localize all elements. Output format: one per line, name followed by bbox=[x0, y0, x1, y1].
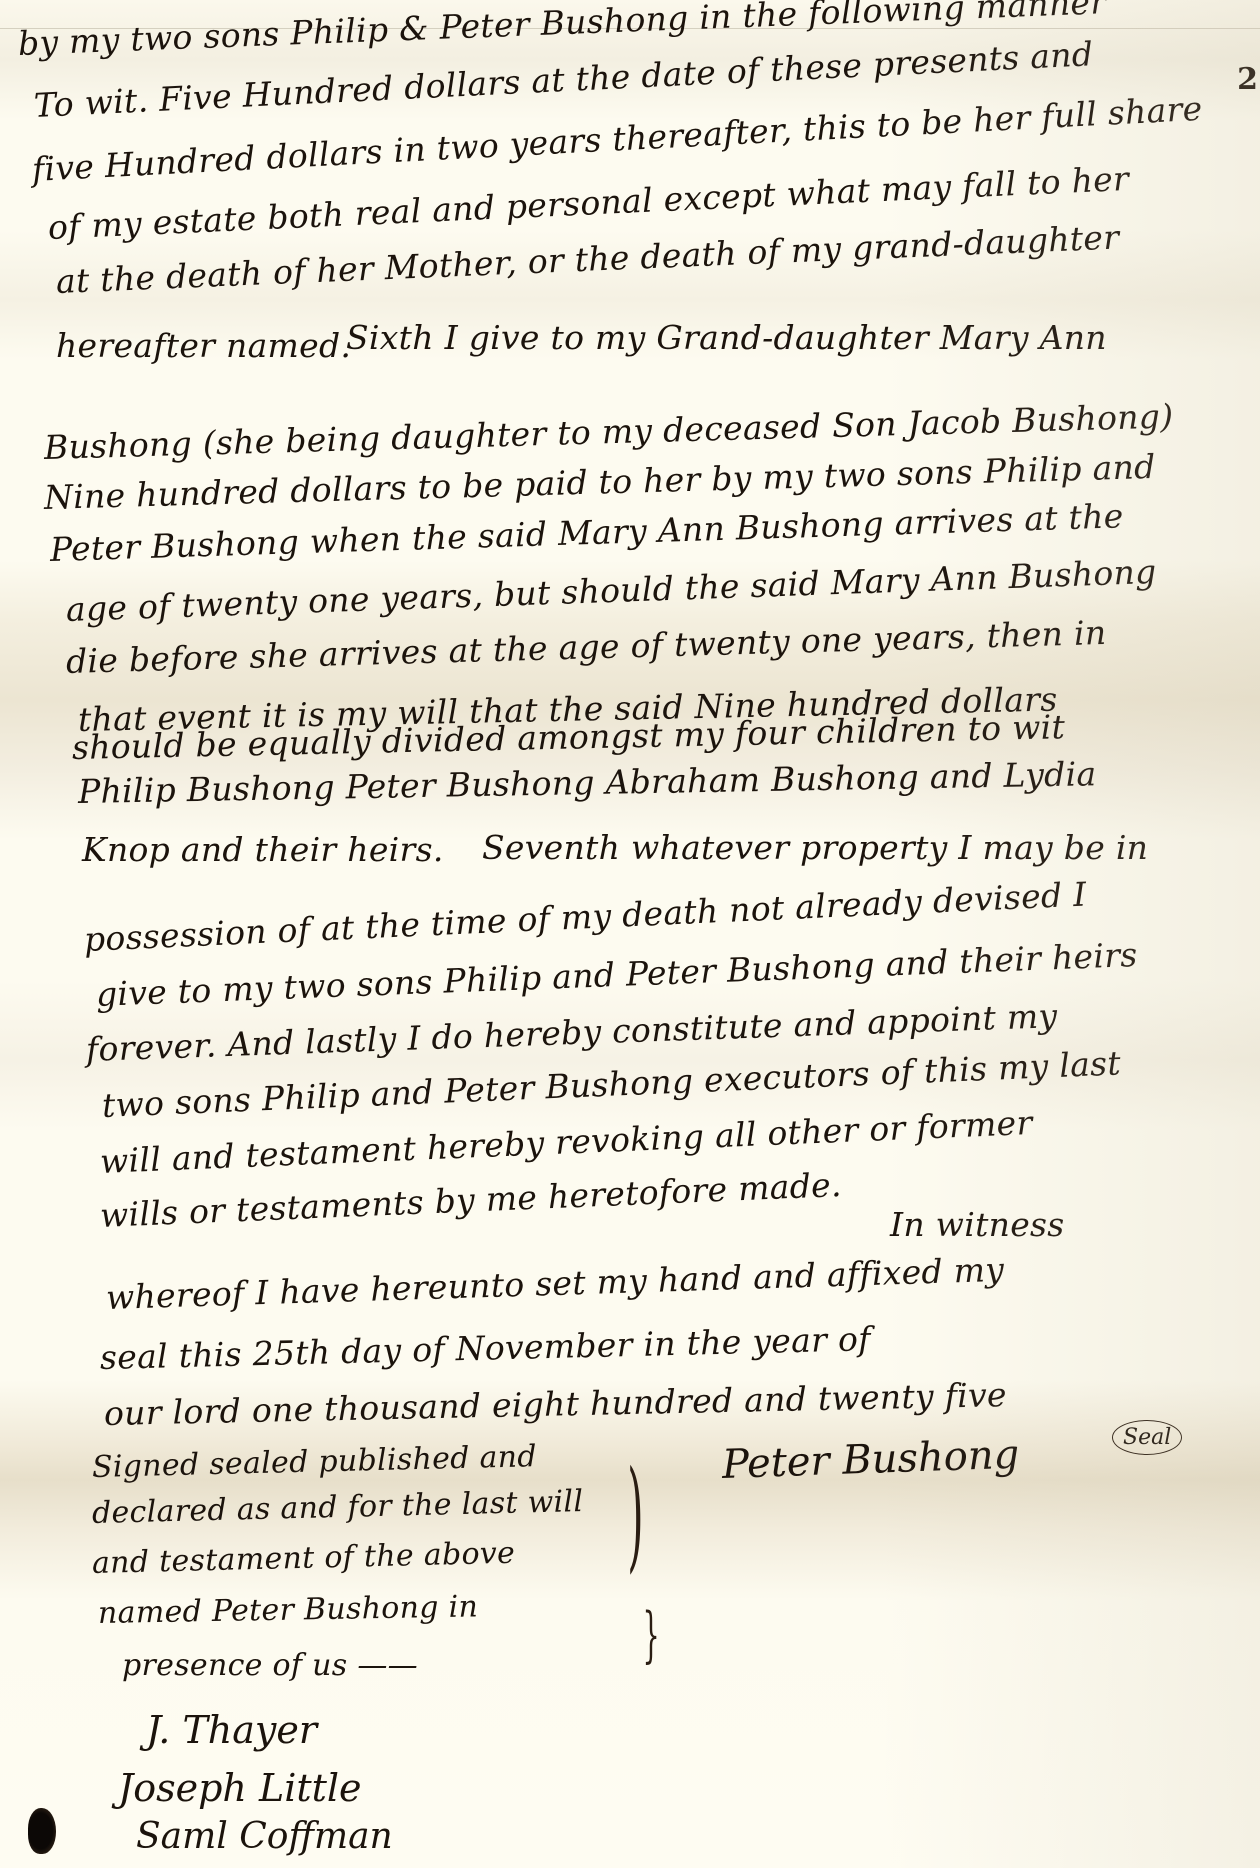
will-line-25: whereof I have hereunto set my hand and … bbox=[105, 1250, 1004, 1317]
will-line-27: our lord one thousand eight hundred and … bbox=[104, 1375, 1008, 1433]
ink-blot bbox=[28, 1808, 56, 1854]
seal-mark: Seal bbox=[1112, 1420, 1182, 1455]
attestation-line-4: named Peter Bushong in bbox=[98, 1589, 479, 1631]
testator-signature: Peter Bushong bbox=[721, 1432, 1020, 1488]
will-line-6: hereafter named. bbox=[56, 326, 351, 365]
will-line-24-in-witness: In witness bbox=[890, 1205, 1065, 1244]
manuscript-page: 2 by my two sons Philip & Peter Bushong … bbox=[0, 0, 1260, 1868]
witness-signature-2: Joseph Little bbox=[118, 1766, 362, 1810]
page-number: 2 bbox=[1237, 62, 1258, 97]
will-line-17-seventh: Seventh whatever property I may be in bbox=[482, 828, 1148, 867]
attestation-line-2: declared as and for the last will bbox=[92, 1484, 584, 1531]
attestation-line-1: Signed sealed published and bbox=[92, 1439, 538, 1485]
will-line-7-sixth: Sixth I give to my Grand-daughter Mary A… bbox=[346, 318, 1107, 357]
witness-signature-3: Saml Coffman bbox=[136, 1816, 393, 1857]
will-line-16: Knop and their heirs. bbox=[82, 830, 444, 869]
witness-signature-1: J. Thayer bbox=[146, 1708, 317, 1752]
attestation-brace-icon: ) bbox=[627, 1446, 643, 1585]
attestation-line-3: and testament of the above bbox=[92, 1536, 516, 1581]
attestation-brace-lower-icon: } bbox=[643, 1600, 660, 1670]
attestation-line-5: presence of us —— bbox=[122, 1648, 418, 1683]
will-line-26-date: seal this 25th day of November in the ye… bbox=[100, 1319, 872, 1377]
